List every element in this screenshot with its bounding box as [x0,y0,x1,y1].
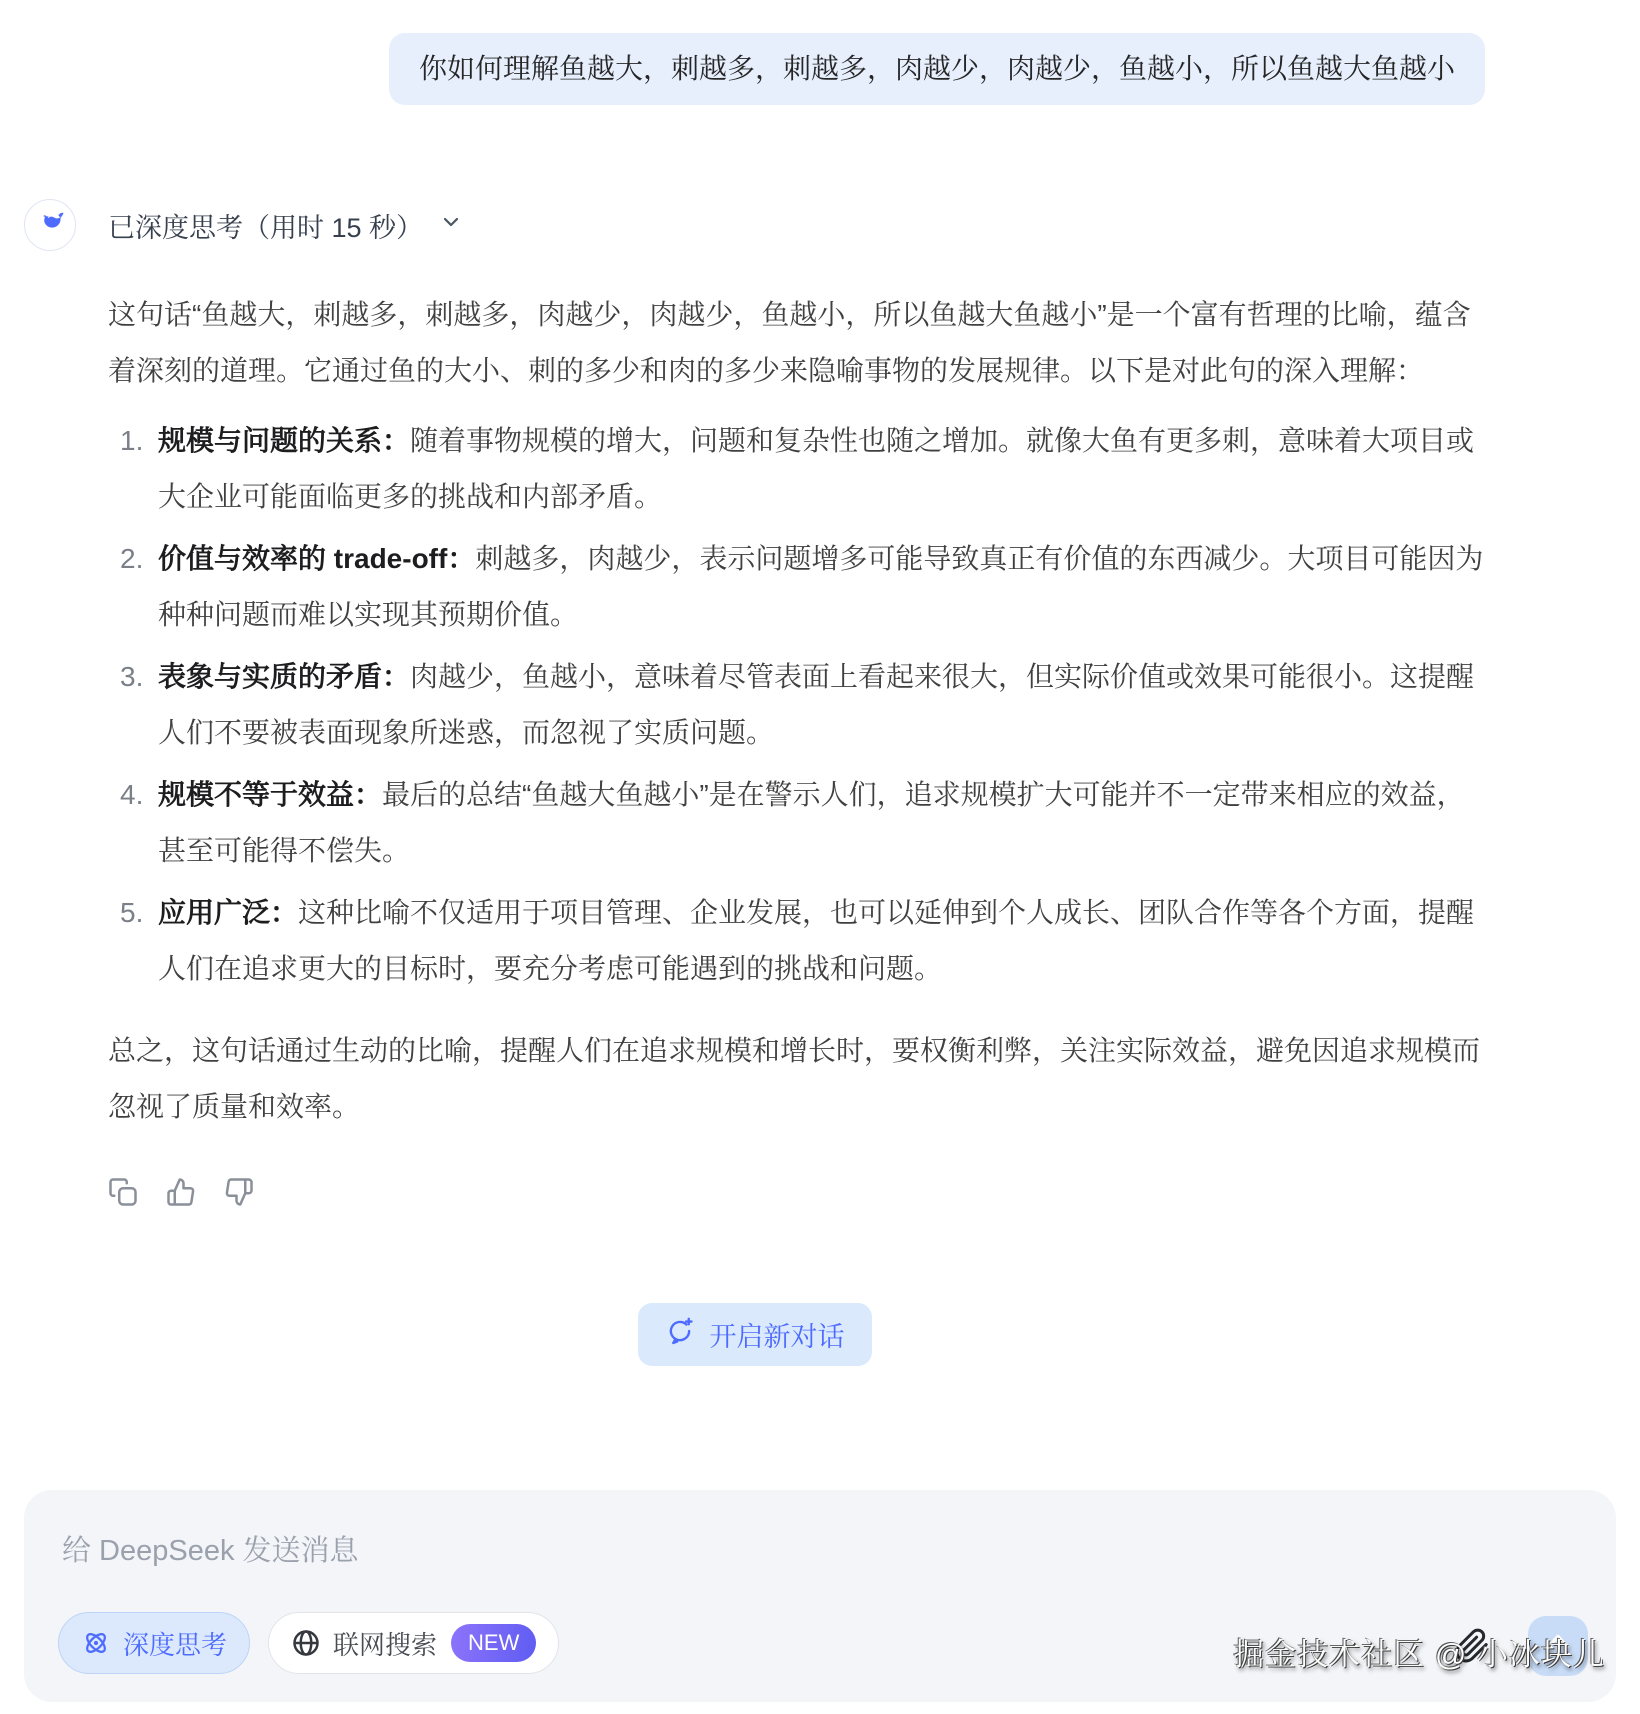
send-button[interactable] [1528,1616,1588,1676]
chevron-down-icon [439,210,463,241]
new-chat-button[interactable]: 开启新对话 [638,1303,872,1366]
list-item-number: 3. [120,649,143,705]
list-item: 2.价值与效率的 trade-off：刺越多，肉越少，表示问题增多可能导致真正有… [108,531,1485,643]
list-item: 3.表象与实质的矛盾：肉越少，鱼越小，意味着尽管表面上看起来很大，但实际价值或效… [108,649,1485,761]
deep-thought-toggle[interactable]: 已深度思考（用时 15 秒） [108,206,463,245]
user-message-bubble: 你如何理解鱼越大，刺越多，刺越多，肉越少，肉越少，鱼越小，所以鱼越大鱼越小 [389,33,1485,105]
composer-right [1454,1616,1588,1676]
chat-thread: 你如何理解鱼越大，刺越多，刺越多，肉越少，肉越少，鱼越小，所以鱼越大鱼越小 已深… [0,33,1640,1366]
deep-think-button[interactable]: 深度思考 [58,1612,250,1674]
answer-intro: 这句话“鱼越大，刺越多，刺越多，肉越少，肉越少，鱼越小，所以鱼越大鱼越小”是一个… [108,287,1485,399]
copy-icon[interactable] [108,1177,138,1207]
web-search-button[interactable]: 联网搜索 NEW [268,1612,559,1674]
arrow-up-icon [1542,1630,1574,1662]
new-chat-row: 开启新对话 [24,1303,1485,1366]
composer: 深度思考 联网搜索 NEW [24,1490,1616,1702]
list-item-number: 1. [120,413,143,469]
deep-think-label: 深度思考 [123,1625,227,1662]
globe-icon [291,1628,321,1658]
assistant-answer: 这句话“鱼越大，刺越多，刺越多，肉越少，肉越少，鱼越小，所以鱼越大鱼越小”是一个… [108,287,1485,1207]
new-chat-label: 开启新对话 [710,1315,845,1354]
new-badge: NEW [451,1624,536,1662]
new-chat-icon [665,1316,695,1353]
web-search-label: 联网搜索 [333,1625,437,1662]
composer-toolbar: 深度思考 联网搜索 NEW [58,1612,559,1674]
list-item-term: 表象与实质的矛盾： [158,661,410,692]
list-item-term: 应用广泛： [158,897,298,928]
list-item: 1.规模与问题的关系：随着事物规模的增大，问题和复杂性也随之增加。就像大鱼有更多… [108,413,1485,525]
thumbs-down-icon[interactable] [224,1177,254,1207]
list-item-text: 这种比喻不仅适用于项目管理、企业发展，也可以延伸到个人成长、团队合作等各个方面，… [158,897,1474,984]
assistant-header: 已深度思考（用时 15 秒） [24,199,1485,251]
atom-icon [81,1628,111,1658]
list-item: 4.规模不等于效益：最后的总结“鱼越大鱼越小”是在警示人们，追求规模扩大可能并不… [108,767,1485,879]
paperclip-icon[interactable] [1454,1628,1490,1664]
deepseek-whale-icon [34,207,66,244]
thumbs-up-icon[interactable] [166,1177,196,1207]
answer-conclusion: 总之，这句话通过生动的比喻，提醒人们在追求规模和增长时，要权衡利弊，关注实际效益… [108,1023,1485,1135]
list-item-number: 4. [120,767,143,823]
user-message-row: 你如何理解鱼越大，刺越多，刺越多，肉越少，肉越少，鱼越小，所以鱼越大鱼越小 [24,33,1485,105]
message-input[interactable] [24,1490,1616,1582]
list-item-term: 价值与效率的 trade-off： [158,543,475,574]
answer-list: 1.规模与问题的关系：随着事物规模的增大，问题和复杂性也随之增加。就像大鱼有更多… [108,413,1485,997]
deep-thought-label: 已深度思考（用时 15 秒） [108,206,423,245]
list-item-term: 规模不等于效益： [158,779,382,810]
message-actions [108,1177,1485,1207]
list-item-term: 规模与问题的关系： [158,425,410,456]
list-item-number: 5. [120,885,143,941]
deepseek-avatar [24,199,76,251]
list-item-number: 2. [120,531,143,587]
list-item: 5.应用广泛：这种比喻不仅适用于项目管理、企业发展，也可以延伸到个人成长、团队合… [108,885,1485,997]
